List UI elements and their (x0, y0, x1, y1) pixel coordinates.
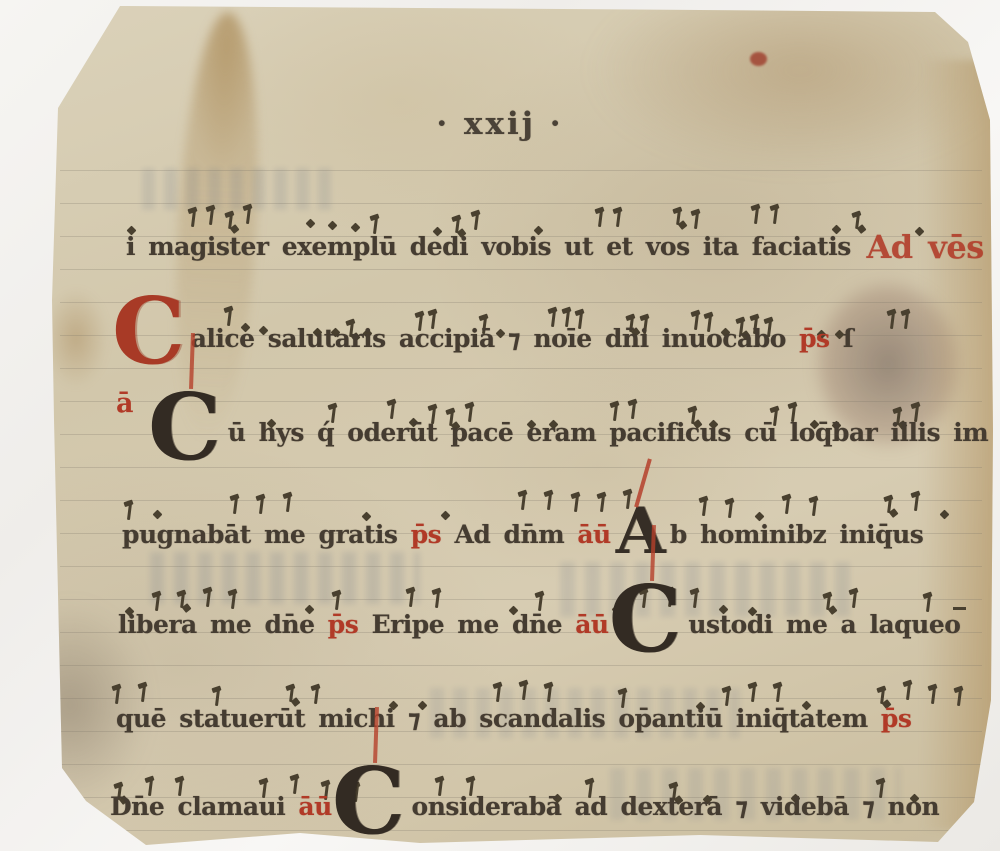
manuscript-leaf: · xxij · i magister exemplū dedi vobis u… (0, 0, 1000, 851)
virga-neume-icon (259, 497, 264, 514)
neume-gap (854, 337, 880, 338)
virga-neume-icon (776, 685, 781, 702)
virga-neume-icon (773, 207, 778, 224)
illuminated-initial: C (332, 747, 405, 851)
chant-text: ū hys q́ oderūt pacē eram pacificus cū l… (228, 418, 989, 447)
virga-neume-icon (209, 208, 214, 225)
rubric-text: āū (285, 792, 332, 821)
virga-neume-icon (598, 210, 603, 227)
punctum-neume-icon (441, 511, 451, 521)
chant-text-line: quē statuerūt michi ⁊ ab scandalis op̄an… (116, 704, 911, 733)
clivis-neume-icon (880, 689, 885, 704)
clivis-neume-icon (855, 214, 860, 229)
chant-text: quē statuerūt michi ⁊ ab scandalis op̄an… (116, 704, 868, 733)
rubric-text: p̄s (397, 520, 441, 549)
chant-text: alice salutaris accipiā ⁊ noīe dn̄i inuo… (191, 324, 786, 353)
virga-neume-icon (852, 591, 857, 608)
virga-neume-icon (496, 685, 501, 702)
clivis-neume-icon (228, 214, 233, 229)
virga-neume-icon (206, 590, 211, 607)
chant-text: pugnabāt me gratis (122, 520, 397, 549)
virga-neume-icon (409, 590, 414, 607)
virga-neume-icon (785, 497, 790, 514)
neume-line (116, 658, 961, 710)
illuminated-initial: C (112, 277, 185, 385)
virga-neume-icon (286, 495, 291, 512)
rubric-text: p̄s (315, 610, 359, 639)
virga-neume-icon (155, 594, 160, 611)
virga-neume-icon (631, 402, 636, 419)
virga-neume-icon (702, 499, 707, 516)
neume-line (126, 564, 966, 616)
virga-neume-icon (335, 593, 340, 610)
virga-neume-icon (574, 495, 579, 512)
virga-neume-icon (600, 495, 605, 512)
chant-text-line: Calice salutaris accipiā ⁊ noīe dn̄i inu… (112, 324, 853, 353)
photo-background: · xxij · i magister exemplū dedi vobis u… (0, 0, 1000, 851)
virga-neume-icon (957, 689, 962, 706)
antiphon-margin-mark: ā (116, 388, 134, 419)
red-ink-spot (750, 52, 767, 66)
virga-neume-icon (522, 683, 527, 700)
chant-text: onsiderabā ad dexterā ⁊ videbā ⁊ non (412, 792, 940, 821)
clivis-neume-icon (289, 687, 294, 702)
stain-top-right (590, 0, 1000, 170)
virga-neume-icon (115, 687, 120, 704)
clivis-neume-icon (826, 595, 831, 610)
chant-text: libera me dn̄e (118, 610, 315, 639)
chant-text: b hominibz iniq̄us (670, 520, 923, 549)
virga-neume-icon (693, 591, 698, 608)
rubric-text: Ad vēs (851, 228, 984, 266)
virga-neume-icon (521, 493, 526, 510)
virga-neume-icon (314, 687, 319, 704)
virga-neume-icon (191, 210, 196, 227)
virga-neume-icon (233, 497, 238, 514)
illuminated-initial: C (609, 565, 682, 673)
chant-text: i magister exemplū dedi vobis ut et vos … (126, 232, 851, 261)
virga-neume-icon (931, 687, 936, 704)
virga-neume-icon (127, 503, 132, 520)
chant-text-line: libera me dn̄e p̄s Eripe me dn̄e āūCusto… (118, 610, 960, 639)
chant-text-line: pugnabāt me gratis p̄s Ad dn̄m āūAb homi… (122, 520, 923, 549)
punctum-neume-icon (940, 510, 950, 520)
rubric-text: āū (564, 520, 611, 549)
virga-neume-icon (141, 685, 146, 702)
clivis-neume-icon (676, 210, 681, 225)
virga-neume-icon (751, 685, 756, 702)
virga-neume-icon (547, 493, 552, 510)
chant-text: ustodi me a laqueo (688, 610, 960, 639)
rubric-text: āū (562, 610, 609, 639)
illuminated-initial: A (616, 494, 665, 569)
folio-number: · xxij · (0, 106, 1000, 142)
virga-neume-icon (728, 501, 733, 518)
virga-neume-icon (914, 494, 919, 511)
chant-text: ſ (830, 324, 853, 353)
neume-line (128, 470, 948, 522)
punctum-neume-icon (306, 219, 316, 229)
virga-neume-icon (390, 402, 395, 419)
clivis-neume-icon (180, 593, 185, 608)
virga-neume-icon (890, 312, 895, 329)
virga-neume-icon (435, 591, 440, 608)
clivis-neume-icon (887, 498, 892, 513)
rubric-text: p̄s (786, 324, 830, 353)
virga-neume-icon (694, 212, 699, 229)
rubric-text: p̄s (868, 704, 912, 733)
chant-text: Dn̄e clamaui (110, 792, 285, 821)
chant-text-line: i magister exemplū dedi vobis ut et vos … (126, 228, 984, 266)
chant-text-line: Cū hys q́ oderūt pacē eram pacificus cū … (148, 418, 988, 447)
chant-text-line: Dn̄e clamaui āūConsiderabā ad dexterā ⁊ … (110, 792, 939, 821)
virga-neume-icon (538, 594, 543, 611)
virga-neume-icon (616, 210, 621, 227)
virga-neume-icon (246, 207, 251, 224)
chant-text: Eripe me dn̄e (358, 610, 562, 639)
chant-text: Ad dn̄m (441, 520, 564, 549)
punctum-neume-icon (153, 510, 163, 520)
virga-neume-icon (812, 499, 817, 516)
virga-neume-icon (231, 592, 236, 609)
virga-neume-icon (547, 685, 552, 702)
illuminated-initial: C (148, 373, 221, 481)
virga-neume-icon (754, 207, 759, 224)
virga-neume-icon (905, 683, 910, 700)
